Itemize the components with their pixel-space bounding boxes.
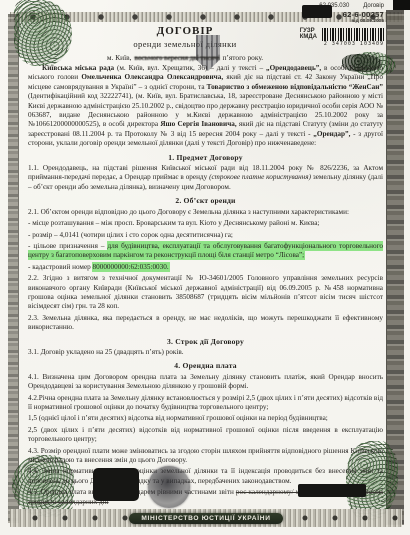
clause-4-2: 4.2.Річна орендна плата за Земельну діля… (28, 394, 383, 413)
clause-4-3: 4.3. Розмір орендної плати може змінюват… (28, 447, 383, 466)
clause-4-2b: 1,5 (однієї цілої і п’яти десятих) відсо… (28, 414, 383, 423)
redaction-box-top (302, 5, 332, 18)
clause-2-3: 2.3. Земельна ділянка, яка передається в… (28, 314, 383, 333)
contract-body: Київська міська рада (м. Київ, вул. Хрещ… (28, 64, 383, 509)
section-1-heading: 1. Предмет Договору (28, 153, 383, 162)
clause-2-1: 2.1. Об’єктом оренди відповідно до цього… (28, 208, 383, 217)
document-subtitle: оренди земельної ділянки (0, 39, 370, 49)
bullet-location: - місце розташування – між просп. Бровар… (28, 219, 383, 228)
section-4-heading: 4. Орендна плата (28, 361, 383, 370)
redaction-box-left (93, 468, 139, 501)
left-border-strip (8, 14, 19, 523)
bullet-cadastral-number: - кадастровий номер 8000000000:62:035:00… (28, 263, 383, 272)
scan-corner-mark (393, 0, 410, 10)
document-title: ДОГОВІР (0, 25, 370, 37)
bullet-size: - розмір – 4,0141 (чотири цілих і сто со… (28, 231, 383, 240)
overstamped-date-text: восьмого вересня дві тисячі (133, 53, 220, 62)
section-3-heading: 3. Строк дії Договору (28, 337, 383, 346)
clause-2-2: 2.2. Згідно з витягом з технічної докуме… (28, 274, 383, 312)
section-2-heading: 2. Об’єкт оренди (28, 196, 383, 205)
clause-1-1: 1.1. Орендодавець, на підставі рішення К… (28, 164, 383, 192)
ministry-of-justice-banner: МІНІСТЕРСТВО ЮСТИЦІЇ УКРАЇНИ (129, 513, 282, 524)
highlighted-cadastral-number: 8000000000:62:035:0030. (93, 263, 169, 271)
guilloche-bottom-border: МІНІСТЕРСТВО ЮСТИЦІЇ УКРАЇНИ (10, 509, 402, 527)
clause-3-1: 3.1. Договір укладено на 25 (двадцять п’… (28, 348, 383, 357)
scanned-lease-contract-page: 62.035.030 Договір 62-6-00257 від 08.09.… (0, 0, 410, 535)
preamble-paragraph: Київська міська рада (м. Київ, вул. Хрещ… (28, 64, 383, 149)
redaction-box-right (298, 484, 366, 497)
clause-4-1: 4.1. Визначена цим Договором орендна пла… (28, 373, 383, 392)
bullet-purpose: - цільове призначення – для будівництва,… (28, 242, 383, 261)
clause-4-2c: 2,5 (двох цілих і п’яти десятих) відсотк… (28, 426, 383, 445)
place-and-date-line: м. Київ, восьмого вересня дві тисячі п’я… (0, 53, 370, 62)
round-ink-stamp-icon (148, 466, 190, 508)
